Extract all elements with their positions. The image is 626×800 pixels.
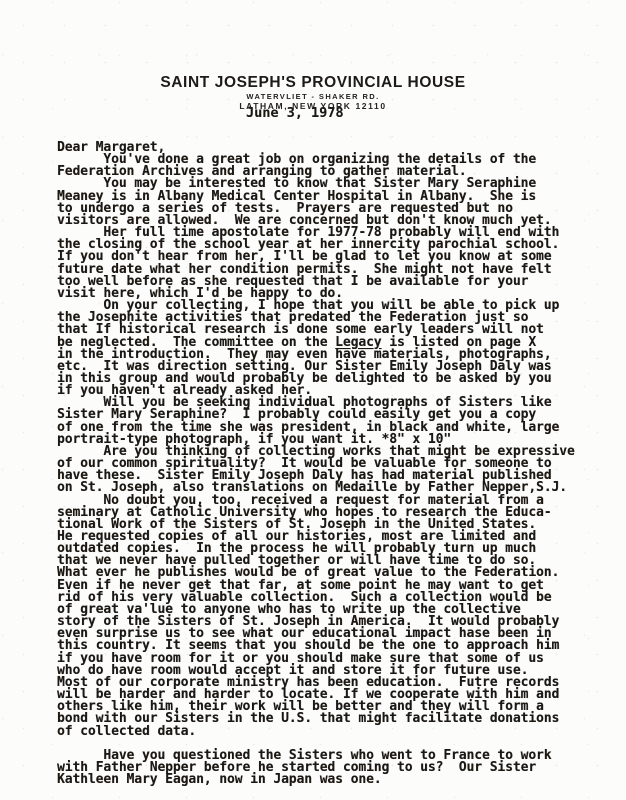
letter-line: Kathleen Mary Eagan, now in Japan was on… <box>57 774 575 786</box>
letterhead-institution: SAINT JOSEPH'S PROVINCIAL HOUSE <box>0 74 626 92</box>
letter-date: June 3, 1978 <box>246 105 344 121</box>
letterhead-street-address: WATERVLIET - SHAKER RD. <box>0 92 626 101</box>
letter-line: of collected data. <box>57 726 575 738</box>
letter-body: Dear Margaret, You've done a great job o… <box>57 142 575 786</box>
letter-page: SAINT JOSEPH'S PROVINCIAL HOUSE WATERVLI… <box>0 0 626 800</box>
